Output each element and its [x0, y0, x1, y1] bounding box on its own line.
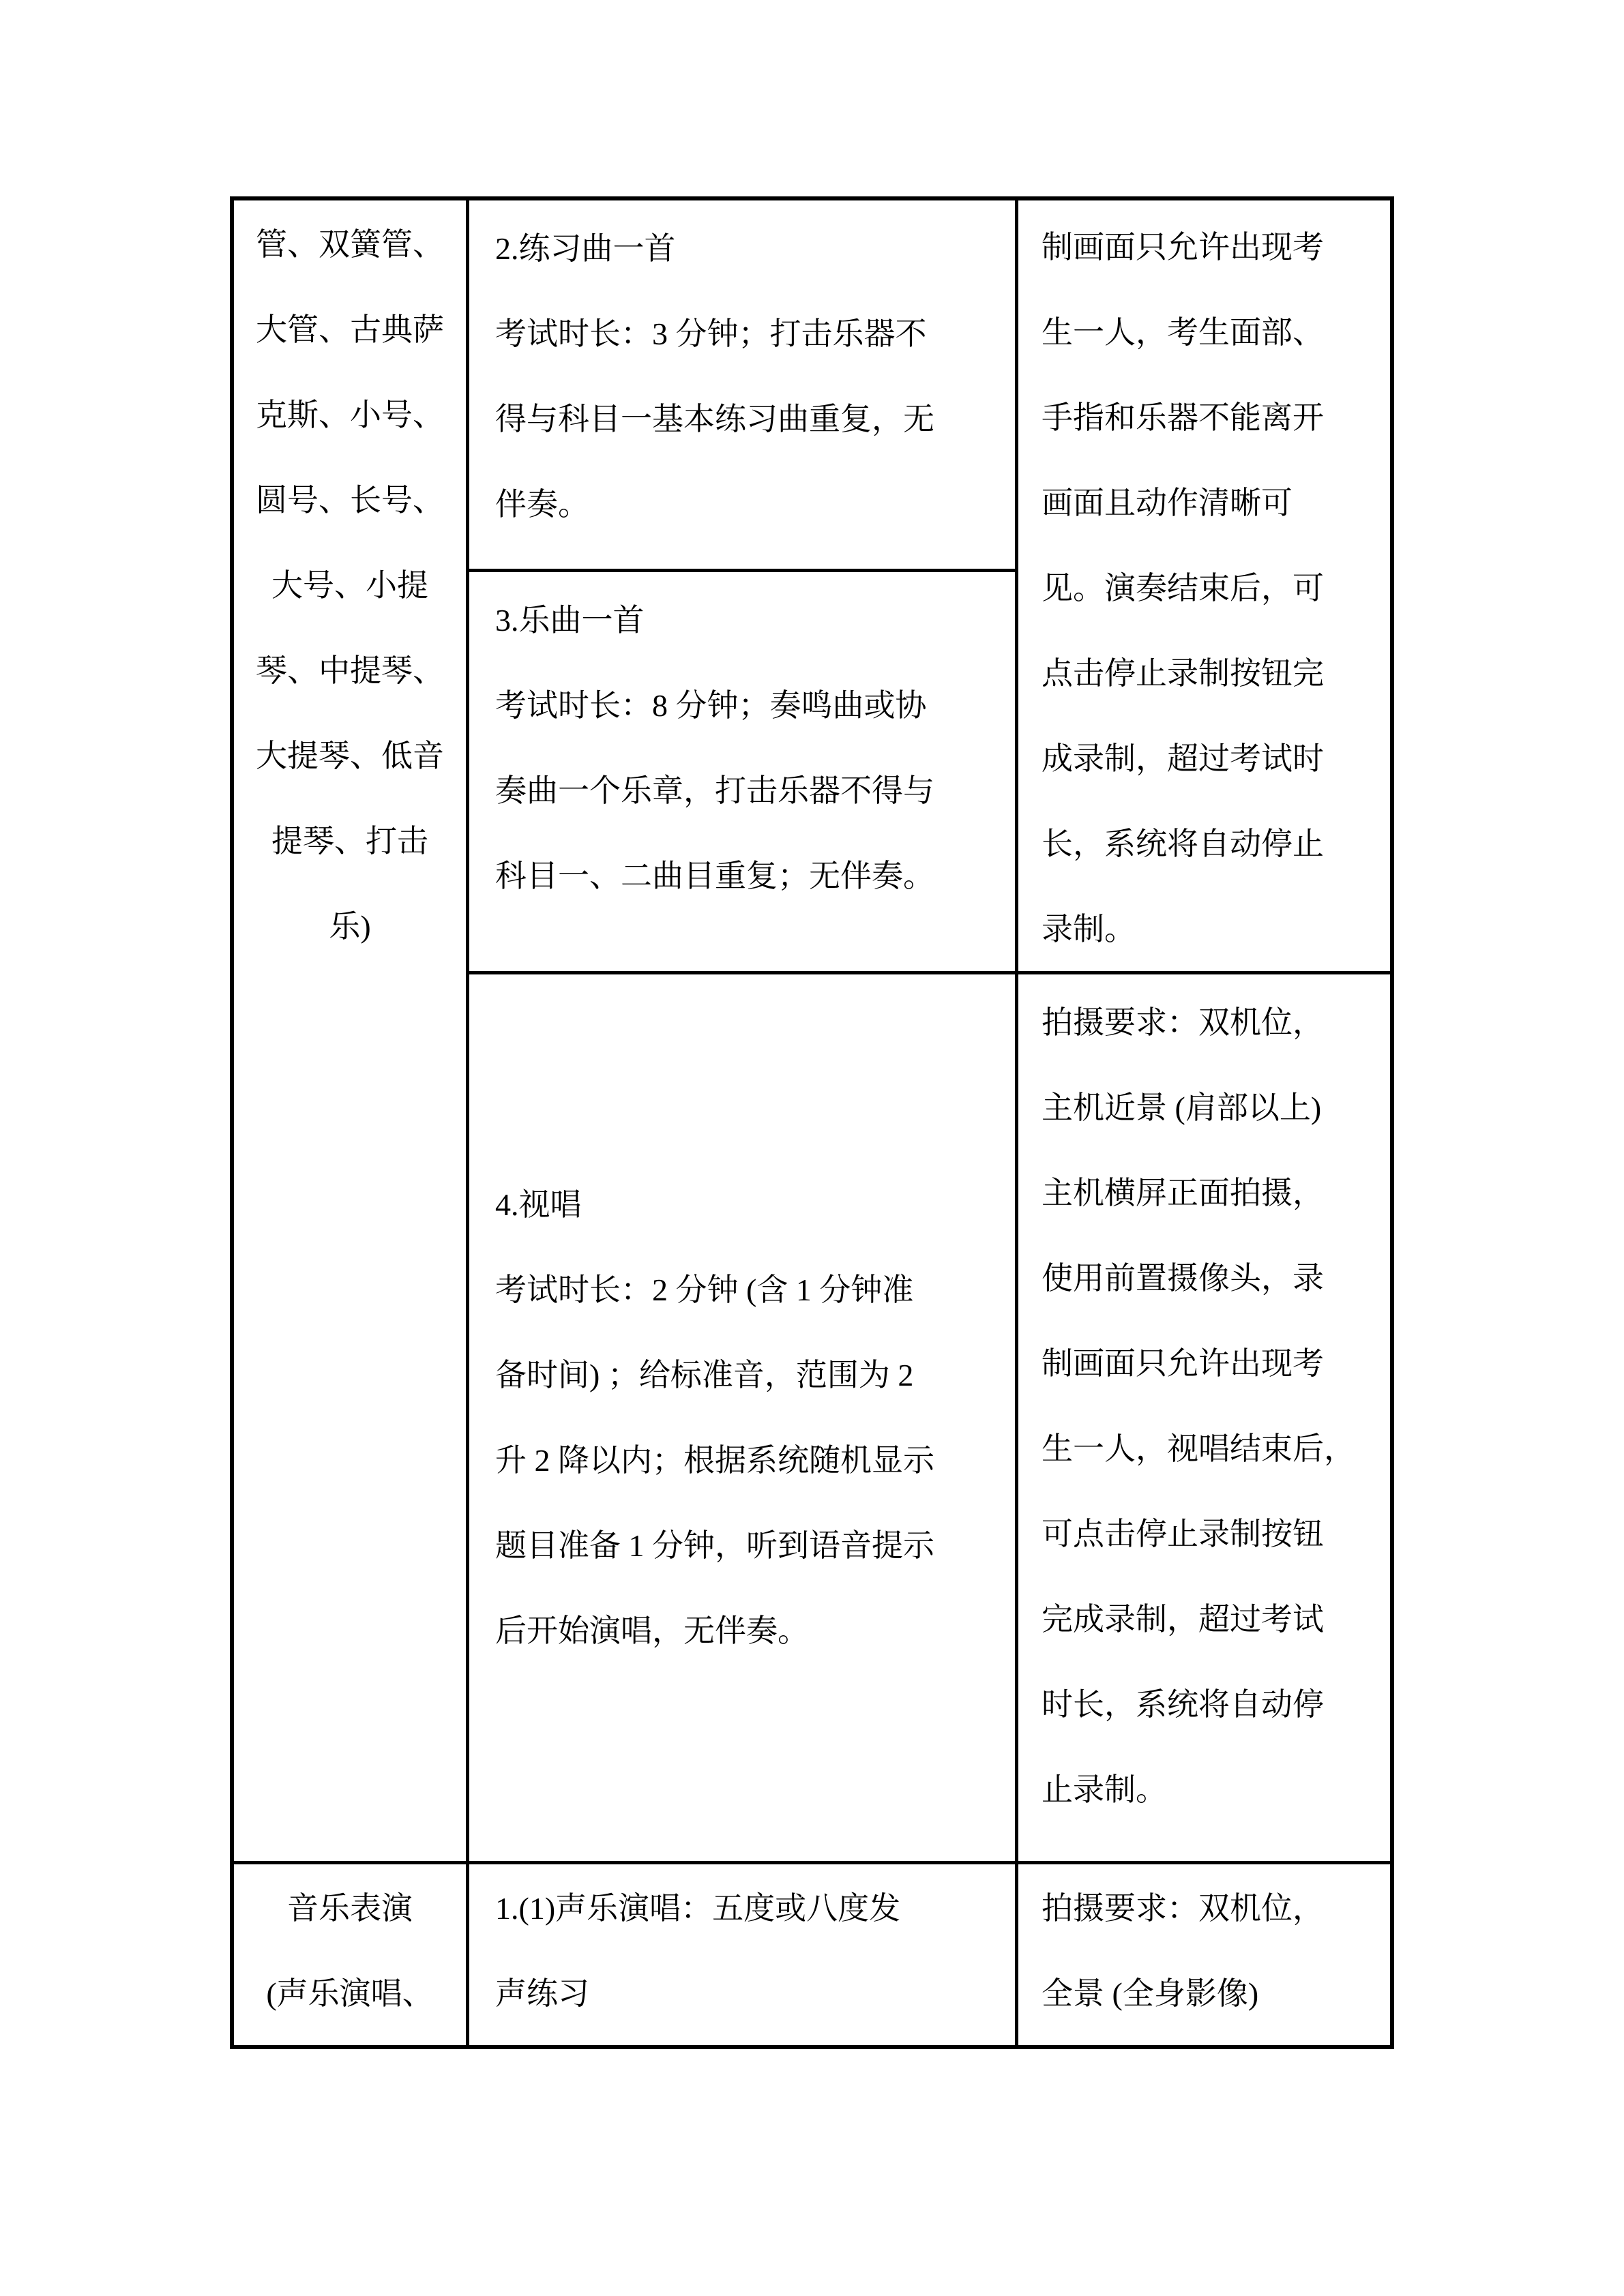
cell-subject-4-text: 4.视唱 考试时长：2 分钟 (含 1 分钟准 备时间) ；给标准音，范围为 2…: [495, 1162, 934, 1673]
cell-subject-4-sightsinging: 4.视唱 考试时长：2 分钟 (含 1 分钟准 备时间) ；给标准音，范围为 2…: [469, 974, 1015, 1861]
cell-vocal-recording-requirements: 拍摄要求：双机位， 全景 (全身影像): [1018, 1864, 1390, 2045]
cell-subject-2-etude: 2.练习曲一首 考试时长：3 分钟；打击乐器不 得与科目一基本练习曲重复，无 伴…: [469, 200, 1015, 569]
exam-requirements-table: 管、双簧管、 大管、古典萨 克斯、小号、 圆号、长号、 大号、小提 琴、中提琴、…: [230, 196, 1394, 2049]
cell-instrument-list: 管、双簧管、 大管、古典萨 克斯、小号、 圆号、长号、 大号、小提 琴、中提琴、…: [234, 200, 466, 1861]
cell-vocal-subject-1: 1.(1)声乐演唱：五度或八度发 声练习: [469, 1864, 1015, 2045]
cell-major-music-performance: 音乐表演 (声乐演唱、: [234, 1864, 466, 2045]
document-page: 管、双簧管、 大管、古典萨 克斯、小号、 圆号、长号、 大号、小提 琴、中提琴、…: [0, 0, 1624, 2296]
cell-recording-requirements-instrumental: 制画面只允许出现考 生一人，考生面部、 手指和乐器不能离开 画面且动作清晰可 见…: [1018, 200, 1390, 971]
cell-recording-requirements-sightsinging: 拍摄要求：双机位， 主机近景 (肩部以上) 主机横屏正面拍摄， 使用前置摄像头，…: [1018, 974, 1390, 1861]
cell-subject-3-piece: 3.乐曲一首 考试时长：8 分钟；奏鸣曲或协 奏曲一个乐章，打击乐器不得与 科目…: [469, 572, 1015, 971]
